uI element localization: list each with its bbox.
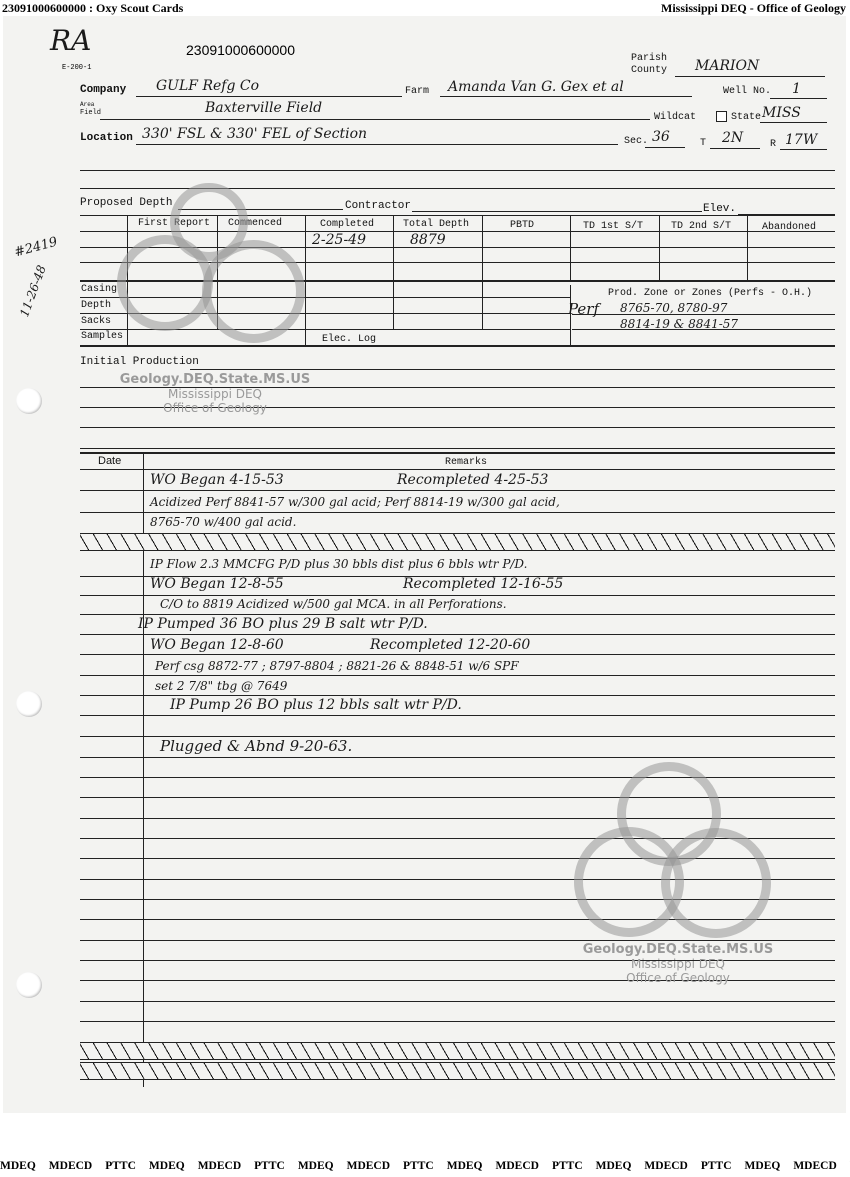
completed-value: 2-25-49: [312, 232, 366, 248]
page-header: 23091000600000 : Oxy Scout Cards Mississ…: [0, 0, 850, 16]
township-value: 2N: [722, 130, 743, 146]
footer-item: MDECD: [198, 1160, 241, 1172]
wildcat-checkbox: [716, 111, 727, 122]
agency-title: Mississippi DEQ - Office of Geology: [661, 1, 846, 16]
range-label: R: [770, 139, 776, 150]
footer-item: MDEQ: [149, 1160, 185, 1172]
col-abandoned: Abandoned: [762, 222, 816, 233]
state-value: MISS: [762, 105, 801, 121]
prod-zone-label: Prod. Zone or Zones (Perfs - O.H.): [608, 288, 812, 299]
elec-log-label: Elec. Log: [322, 334, 376, 345]
contractor-label: Contractor: [345, 200, 411, 212]
remarks-column-header: Remarks: [445, 457, 487, 468]
prod-zone-prefix: Perf: [568, 300, 599, 318]
state-label: State: [731, 112, 761, 123]
proposed-depth-label: Proposed Depth: [80, 197, 172, 209]
company-label: Company: [80, 84, 126, 96]
footer-item: PTTC: [403, 1160, 434, 1172]
footer-banner: MDEQMDECDPTTCMDEQMDECDPTTCMDEQMDECDPTTCM…: [0, 1160, 850, 1172]
punch-hole: [16, 691, 42, 717]
footer-item: MDECD: [793, 1160, 836, 1172]
punch-hole: [16, 972, 42, 998]
field-label: Field: [80, 109, 101, 117]
farm-label: Farm: [405, 86, 429, 97]
footer-item: PTTC: [552, 1160, 583, 1172]
footer-item: PTTC: [105, 1160, 136, 1172]
samples-label: Samples: [81, 331, 123, 342]
well-no-value: 1: [792, 81, 801, 97]
remark-line: WO Began 12-8-55: [150, 576, 284, 592]
location-value: 330' FSL & 330' FEL of Section: [142, 126, 367, 142]
col-td-2nd: TD 2nd S/T: [671, 221, 731, 232]
prod-zone-line-2: 8814-19 & 8841-57: [620, 317, 738, 331]
footer-item: MDECD: [496, 1160, 539, 1172]
hatch-divider: [80, 1062, 835, 1080]
footer-item: MDEQ: [0, 1160, 36, 1172]
remark-line: Perf csg 8872-77 ; 8797-8804 ; 8821-26 &…: [155, 659, 519, 673]
field-value: Baxterville Field: [205, 100, 322, 116]
township-label: T: [700, 138, 706, 149]
remark-line: set 2 7/8" tbg @ 7649: [155, 679, 287, 693]
watermark-text: Geology.DEQ.State.MS.US Mississippi DEQ …: [115, 372, 315, 415]
company-value: GULF Refg Co: [156, 78, 259, 94]
remark-line: Acidized Perf 8841-57 w/300 gal acid; Pe…: [150, 495, 560, 509]
remark-line: WO Began 4-15-53: [150, 472, 284, 488]
footer-item: MDEQ: [745, 1160, 781, 1172]
col-pbtd: PBTD: [510, 220, 534, 231]
remark-line: IP Pump 26 BO plus 12 bbls salt wtr P/D.: [170, 697, 462, 713]
watermark-text: Geology.DEQ.State.MS.US Mississippi DEQ …: [578, 942, 778, 985]
initials-signature: RA: [50, 24, 91, 57]
remark-line: IP Flow 2.3 MMCFG P/D plus 30 bbls dist …: [150, 557, 527, 571]
range-value: 17W: [785, 132, 817, 148]
elev-label: Elev.: [703, 203, 736, 215]
date-column-header: Date: [98, 455, 121, 467]
depth-label: Depth: [81, 300, 111, 311]
initial-production-label: Initial Production: [80, 356, 199, 368]
footer-item: MDEQ: [447, 1160, 483, 1172]
total-depth-value: 8879: [410, 232, 446, 248]
location-label: Location: [80, 132, 133, 144]
farm-value: Amanda Van G. Gex et al: [448, 79, 624, 95]
form-number: E-200-1: [62, 64, 91, 72]
footer-item: PTTC: [254, 1160, 285, 1172]
wildcat-label: Wildcat: [654, 112, 696, 123]
watermark-logo: [117, 235, 213, 331]
punch-hole: [16, 388, 42, 414]
area-label: Area: [80, 101, 94, 108]
well-no-label: Well No.: [723, 86, 771, 97]
remark-line-plugged: Plugged & Abnd 9-20-63.: [160, 737, 352, 755]
hatch-divider: [80, 1042, 835, 1060]
footer-item: MDECD: [347, 1160, 390, 1172]
document-title: 23091000600000 : Oxy Scout Cards: [2, 1, 183, 16]
hatch-divider: [80, 533, 835, 551]
parish-label: Parish: [631, 53, 667, 64]
footer-item: MDECD: [644, 1160, 687, 1172]
county-value: MARION: [695, 58, 759, 74]
api-number: 23091000600000: [186, 42, 295, 58]
sacks-label: Sacks: [81, 316, 111, 327]
footer-item: PTTC: [701, 1160, 732, 1172]
footer-item: MDEQ: [298, 1160, 334, 1172]
county-label: County: [631, 65, 667, 76]
watermark-logo: [202, 240, 305, 343]
remark-line-continued: Recompleted 4-25-53: [397, 472, 548, 488]
col-td-1st: TD 1st S/T: [583, 221, 643, 232]
remark-line-continued: Recompleted 12-16-55: [403, 576, 563, 592]
remark-line: C/O to 8819 Acidized w/500 gal MCA. in a…: [160, 597, 507, 611]
col-total-depth: Total Depth: [403, 219, 469, 230]
casing-label: Casing: [81, 284, 117, 295]
footer-item: MDECD: [49, 1160, 92, 1172]
remark-line: 8765-70 w/400 gal acid.: [150, 515, 296, 529]
watermark-logo: [661, 828, 771, 938]
sec-label: Sec.: [624, 136, 648, 147]
remark-line-continued: Recompleted 12-20-60: [370, 637, 530, 653]
footer-item: MDEQ: [596, 1160, 632, 1172]
sec-value: 36: [652, 129, 670, 145]
prod-zone-line-1: 8765-70, 8780-97: [620, 301, 727, 315]
remark-line: WO Began 12-8-60: [150, 637, 284, 653]
col-completed: Completed: [320, 219, 374, 230]
remark-line: IP Pumped 36 BO plus 29 B salt wtr P/D.: [138, 616, 428, 632]
